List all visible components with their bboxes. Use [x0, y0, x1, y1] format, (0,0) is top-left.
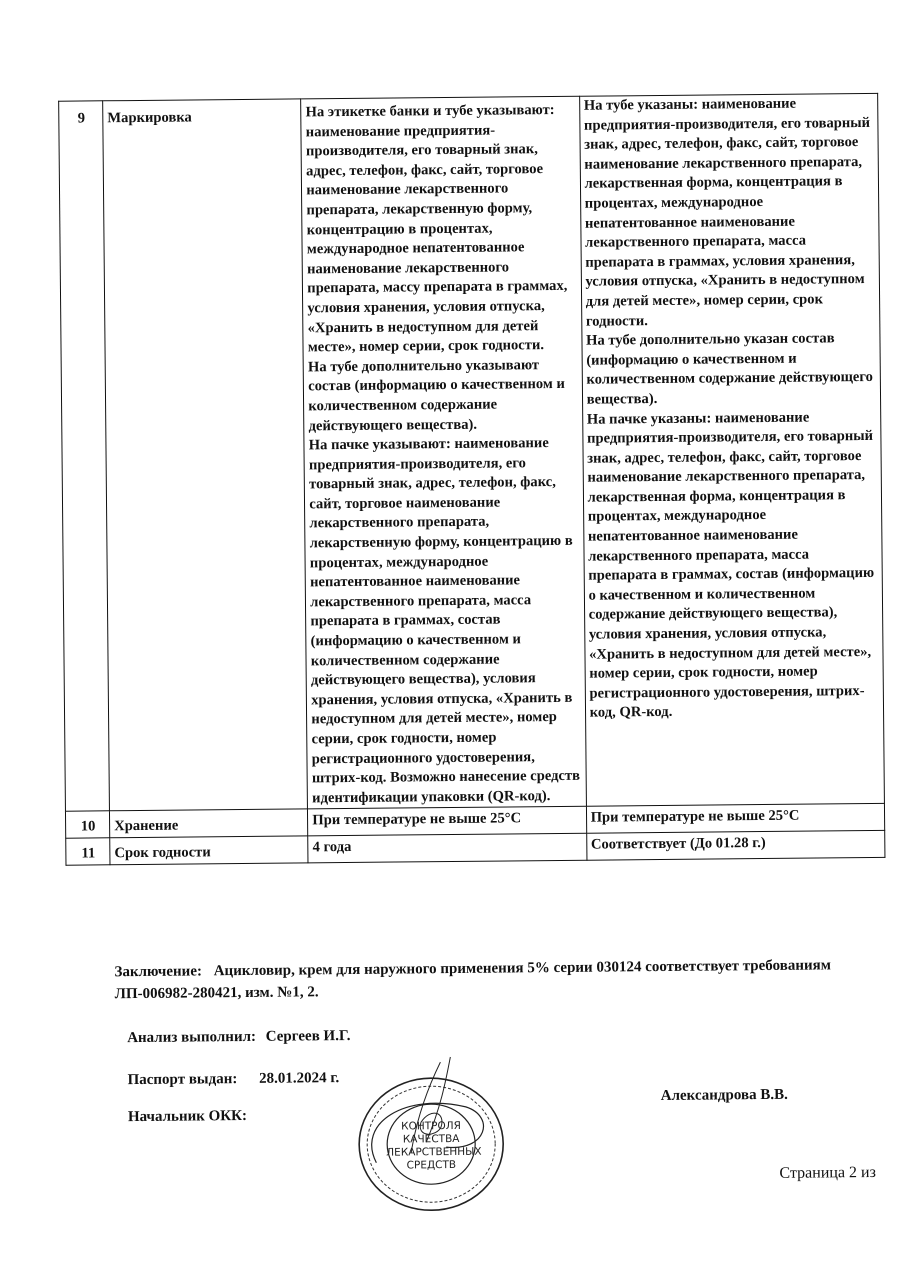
analyst-label: Анализ выполнил: — [127, 1029, 256, 1046]
table-row-marking: 9 Маркировка На этикетке банки и тубе ук… — [59, 93, 885, 811]
requirement-cell: При температуре не выше 25°C — [308, 807, 587, 837]
row-number: 10 — [65, 811, 109, 838]
requirement-paragraph: На тубе дополнительно указывают состав (… — [308, 355, 579, 436]
requirement-paragraph: На пачке указывают: наименование предпри… — [309, 434, 583, 809]
passport-label: Паспорт выдан: — [127, 1071, 237, 1088]
actual-paragraph: На пачке указаны: наименование предприят… — [587, 407, 880, 723]
row-number: 9 — [59, 101, 110, 812]
official-stamp: КОНТРОЛЯ КАЧЕСТВА ЛЕКАРСТВЕННЫХ СРЕДСТВ — [345, 1051, 517, 1213]
row-indicator: Срок годности — [110, 836, 308, 865]
row-number: 11 — [66, 838, 110, 865]
actual-cell: На тубе указаны: наименование предприяти… — [579, 93, 884, 806]
conclusion-label: Заключение: — [114, 963, 202, 980]
row-indicator: Маркировка — [103, 99, 308, 811]
conclusion: Заключение: Ацикловир, крем для наружног… — [114, 954, 834, 1005]
document-page: 9 Маркировка На этикетке банки и тубе ук… — [0, 0, 901, 1280]
requirement-cell: На этикетке банки и тубе указывают: наим… — [301, 96, 586, 809]
analyst-line: Анализ выполнил: Сергеев И.Г. — [127, 1028, 351, 1047]
actual-paragraph: На тубе дополнительно указан состав (инф… — [586, 329, 877, 410]
stamp-line: КАЧЕСТВА — [386, 1133, 476, 1147]
row-indicator: Хранение — [110, 809, 308, 838]
head-label: Начальник ОКК: — [128, 1108, 247, 1125]
analyst-name: Сергеев И.Г. — [266, 1028, 351, 1045]
stamp-line: КОНТРОЛЯ — [386, 1120, 476, 1134]
page-number: Страница 2 из — [779, 1164, 876, 1183]
passport-date: 28.01.2024 г. — [259, 1070, 339, 1087]
stamp-text: КОНТРОЛЯ КАЧЕСТВА ЛЕКАРСТВЕННЫХ СРЕДСТВ — [386, 1120, 476, 1173]
head-name: Александрова В.В. — [661, 1087, 788, 1105]
stamp-line: ЛЕКАРСТВЕННЫХ — [386, 1146, 476, 1160]
spec-table: 9 Маркировка На этикетке банки и тубе ук… — [58, 93, 885, 866]
conclusion-text: Ацикловир, крем для наружного применения… — [115, 957, 831, 1002]
passport-line: Паспорт выдан: 28.01.2024 г. — [127, 1070, 339, 1089]
requirement-cell: 4 года — [308, 834, 587, 864]
actual-paragraph: На тубе указаны: наименование предприяти… — [584, 94, 877, 332]
requirement-paragraph: На этикетке банки и тубе указывают: наим… — [305, 101, 578, 358]
stamp-line: СРЕДСТВ — [386, 1159, 476, 1173]
actual-cell: Соответствует (До 01.28 г.) — [586, 831, 885, 861]
actual-cell: При температуре не выше 25°C — [586, 804, 885, 834]
head-line: Начальник ОКК: — [128, 1108, 247, 1126]
